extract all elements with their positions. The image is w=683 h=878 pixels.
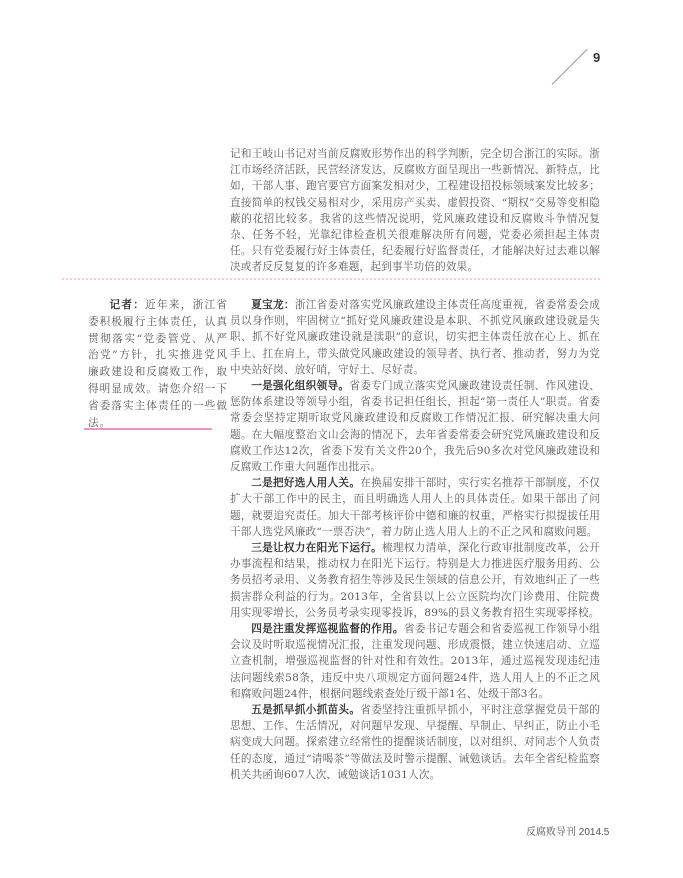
page-number-slash-divider <box>552 49 588 85</box>
publication-footer: 反腐败导刊 2014.5 <box>526 823 609 838</box>
section-divider <box>62 278 600 280</box>
answer-point: 二是把好选人用人关。在换届安排干部时，实行实名推荐干部制度，不仅扩大干部工作中的… <box>230 475 600 540</box>
answer-point: 一是强化组织领导。省委专门成立落实党风廉政建设责任制、作风建设、惩防体系建设等领… <box>230 378 600 475</box>
question-speaker: 记者： <box>109 299 145 311</box>
answer-point: 四是注重发挥巡视监督的作用。省委书记专题会和省委巡视工作领导小组会议及时听取巡视… <box>230 621 600 702</box>
answer-block: 夏宝龙：浙江省委对落实党风廉政建设主体责任高度重视，省委常委会成员以身作则，牢固… <box>230 297 600 783</box>
answer-speaker: 夏宝龙： <box>251 299 295 311</box>
answer-point: 五是抓早抓小抓苗头。省委坚持注重抓早抓小，平时注意掌握党员干部的思想、工作、生活… <box>230 702 600 783</box>
question-text: 近年来，浙江省委积极履行主体责任，认真贯彻落实“党委管党、从严治党”方针，扎实推… <box>88 299 228 429</box>
answer-point: 三是让权力在阳光下运行。梳理权力清单，深化行政审批制度改革，公开办事流程和结果，… <box>230 540 600 621</box>
point-lead: 五是抓早抓小抓苗头。 <box>251 704 360 716</box>
point-lead: 四是注重发挥巡视监督的作用。 <box>251 623 404 635</box>
interviewer-question: 记者：近年来，浙江省委积极履行主体责任，认真贯彻落实“党委管党、从严治党”方针，… <box>88 297 228 431</box>
page-number: 9 <box>593 50 600 65</box>
answer-intro: 夏宝龙：浙江省委对落实党风廉政建设主体责任高度重视，省委常委会成员以身作则，牢固… <box>230 297 600 378</box>
point-lead: 二是把好选人用人关。 <box>251 477 360 489</box>
continued-paragraph: 记和王岐山书记对当前反腐败形势作出的科学判断，完全切合浙江的实际。浙江市场经济活… <box>230 146 600 276</box>
point-lead: 一是强化组织领导。 <box>251 380 349 392</box>
point-lead: 三是让权力在阳光下运行。 <box>251 542 382 554</box>
continued-paragraph-block: 记和王岐山书记对当前反腐败形势作出的科学判断，完全切合浙江的实际。浙江市场经济活… <box>230 146 600 276</box>
question-underline-rule <box>84 428 212 430</box>
